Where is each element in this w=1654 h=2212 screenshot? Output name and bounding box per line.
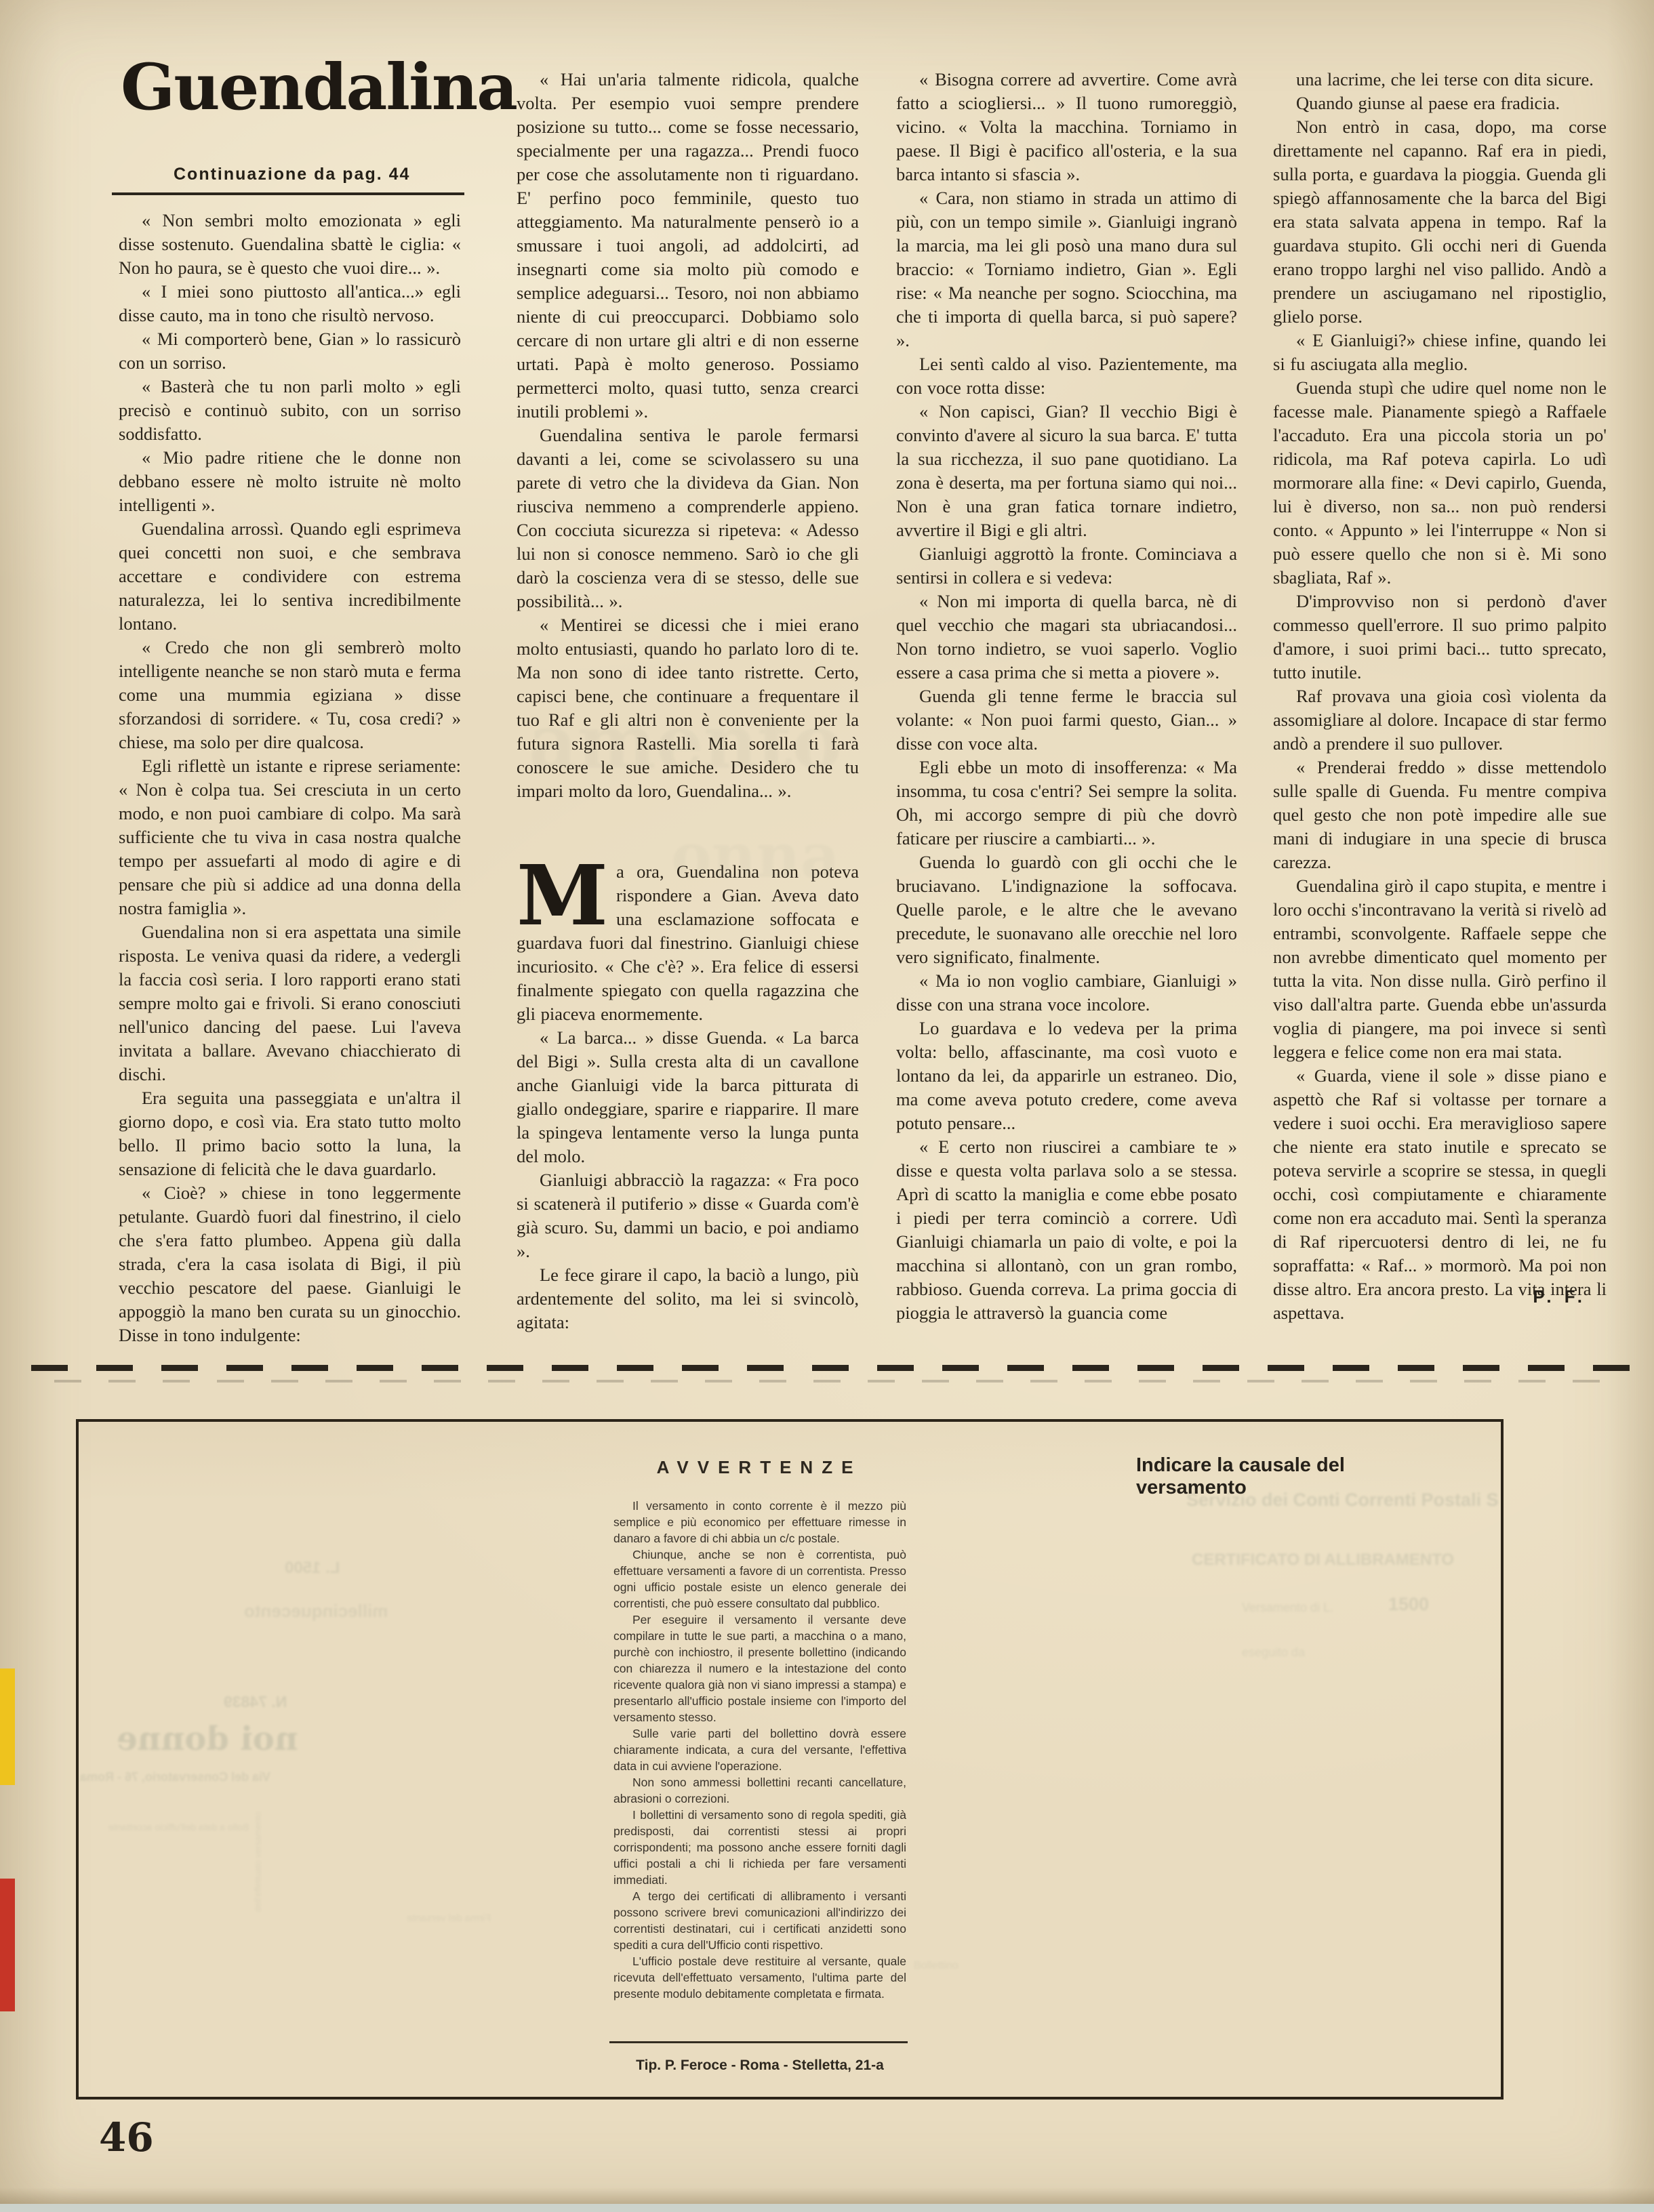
form-right-heading: Indicare la causale del versamento [1136,1454,1455,1499]
drop-cap: M [517,860,616,926]
story-paragraph: « Non mi importa di quella barca, nè di … [896,590,1237,684]
story-paragraph: Era seguita una passeggiata e un'altra i… [119,1086,461,1181]
story-paragraph: « La barca... » disse Guenda. « La barca… [517,1026,859,1168]
story-paragraph: « Cara, non stiamo in strada un attimo d… [896,186,1237,352]
form-paragraph: L'ufficio postale deve restituire al ver… [613,1953,906,2002]
story-paragraph: « Mi comporterò bene, Gian » lo rassicur… [119,327,461,375]
form-paragraph: I bollettini di versamento sono di regol… [613,1807,906,1888]
postal-form-box: AVVERTENZE Indicare la causale del versa… [76,1419,1504,2100]
story-paragraph: « Basterà che tu non parli molto » egli … [119,375,461,446]
rubric-rule [112,192,464,195]
form-paragraph: Chiunque, anche se non è correntista, pu… [613,1547,906,1612]
author-initials: P. F. [1444,1286,1586,1307]
form-paragraph: A tergo dei certificati di allibramento … [613,1888,906,1953]
magazine-page: Guendalina Continuazione da pag. 44 « No… [0,0,1654,2212]
story-paragraph: Quando giunse al paese era fradicia. [1273,91,1607,115]
story-paragraph: Guenda gli tenne ferme le braccia sul vo… [896,684,1237,756]
form-paragraph: Per eseguire il versamento il versante d… [613,1612,906,1725]
scan-edge-strip [0,2204,1654,2212]
story-paragraph: Guendalina sentiva le parole fermarsi da… [517,424,859,613]
story-paragraph: Lei sentì caldo al viso. Pazientemente, … [896,352,1237,400]
form-paragraph: Sulle varie parti del bollettino dovrà e… [613,1725,906,1774]
story-paragraph: « I miei sono piuttosto all'antica...» e… [119,280,461,327]
story-paragraph: « Ma io non voglio cambiare, Gianluigi »… [896,969,1237,1017]
story-paragraph: « Non capisci, Gian? Il vecchio Bigi è c… [896,400,1237,542]
story-paragraph: Raf provava una gioia così violenta da a… [1273,684,1607,756]
story-paragraph: D'improvviso non si perdonò d'aver comme… [1273,590,1607,684]
story-paragraph: « Credo che non gli sembrerò molto intel… [119,636,461,754]
story-column: una lacrime, che lei terse con dita sicu… [1273,68,1607,1325]
continuation-rubric: Continuazione da pag. 44 [174,165,410,184]
printer-imprint: Tip. P. Feroce - Roma - Stelletta, 21-a [546,2057,973,2074]
story-paragraph: « Mentirei se dicessi che i miei erano m… [517,613,859,803]
dashed-separator-echo [54,1380,1607,1382]
story-paragraph: Guendalina non si era aspettata una simi… [119,920,461,1086]
story-paragraph: una lacrime, che lei terse con dita sicu… [1273,68,1607,91]
story-paragraph: Le fece girare il capo, la baciò a lungo… [517,1263,859,1334]
story-paragraph: Gianluigi aggrottò la fronte. Cominciava… [896,542,1237,590]
story-paragraph: « E certo non riuscirei a cambiare te » … [896,1135,1237,1325]
story-column: « Bisogna correre ad avvertire. Come avr… [896,68,1237,1325]
form-paragraph: Il versamento in conto corrente è il mez… [613,1498,906,1547]
story-paragraph: Egli riflettè un istante e riprese seria… [119,754,461,920]
margin-bar-yellow [0,1668,15,1785]
story-title: Guendalina [121,50,500,125]
form-body: Il versamento in conto corrente è il mez… [613,1498,906,2002]
story-paragraph: « E Gianluigi?» chiese infine, quando le… [1273,329,1607,376]
form-paragraph: Non sono ammessi bollettini recanti canc… [613,1774,906,1807]
story-column: « Hai un'aria talmente ridicola, qualche… [517,68,859,1334]
story-paragraph: Guendalina arrossì. Quando egli esprimev… [119,517,461,636]
story-paragraph: « Prenderai freddo » disse mettendolo su… [1273,756,1607,874]
form-inner-rule [609,2041,908,2043]
story-paragraph: Guendalina girò il capo stupita, e mentr… [1273,874,1607,1064]
story-paragraph: Guenda stupì che udire quel nome non le … [1273,376,1607,590]
story-paragraph: Lo guardava e lo vedeva per la prima vol… [896,1017,1237,1135]
margin-bar-red [0,1879,15,2011]
story-paragraph: « Bisogna correre ad avvertire. Come avr… [896,68,1237,186]
story-paragraph: Gianluigi abbracciò la ragazza: « Fra po… [517,1168,859,1263]
story-paragraph: Egli ebbe un moto di insofferenza: « Ma … [896,756,1237,851]
story-paragraph: Ma ora, Guendalina non poteva rispondere… [517,860,859,1026]
page-number: 46 [99,2114,154,2160]
dashed-separator [31,1365,1631,1371]
story-paragraph: Guenda lo guardò con gli occhi che le br… [896,851,1237,969]
story-paragraph: Non entrò in casa, dopo, ma corse dirett… [1273,115,1607,329]
story-column: « Non sembri molto emozionata » egli dis… [119,209,461,1347]
story-paragraph: « Hai un'aria talmente ridicola, qualche… [517,68,859,424]
story-paragraph: « Cioè? » chiese in tono leggermente pet… [119,1181,461,1347]
story-paragraph: « Mio padre ritiene che le donne non deb… [119,446,461,517]
story-paragraph: « Non sembri molto emozionata » egli dis… [119,209,461,280]
form-heading: AVVERTENZE [613,1457,905,1478]
